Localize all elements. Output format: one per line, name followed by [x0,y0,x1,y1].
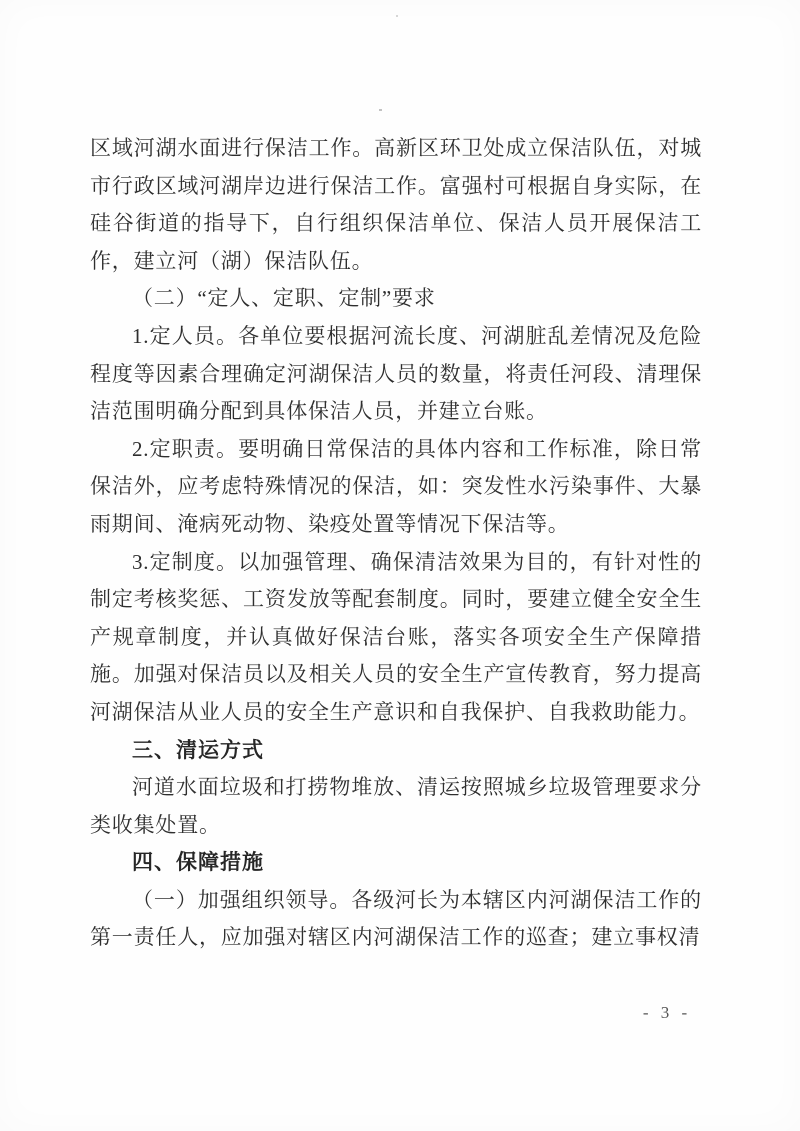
section-heading-qingyun-fangshi: 三、清运方式 [90,732,702,770]
paragraph-jiaqiang-zuzhi-lingdao: （一）加强组织领导。各级河长为本辖区内河湖保洁工作的第一责任人，应加强对辖区内河… [90,882,702,957]
section-heading-baozhang-cuoshi: 四、保障措施 [90,844,702,882]
scan-artifact-speck [396,15,398,17]
paragraph-continuation: 区域河湖水面进行保洁工作。高新区环卫处成立保洁队伍，对城市行政区域河湖岸边进行保… [90,130,702,280]
paragraph-qingyun-body: 河道水面垃圾和打捞物堆放、清运按照城乡垃圾管理要求分类收集处置。 [90,769,702,844]
scan-artifact-streak [0,175,4,385]
paragraph-ding-zhize: 2.定职责。要明确日常保洁的具体内容和工作标准，除日常保洁外，应考虑特殊情况的保… [90,431,702,544]
paragraph-ding-renyuan: 1.定人员。各单位要根据河流长度、河湖脏乱差情况及危险程度等因素合理确定河湖保洁… [90,318,702,431]
page-number: - 3 - [622,1003,712,1023]
scan-artifact-speck [379,109,382,111]
subheading-ding-requirements: （二）“定人、定职、定制”要求 [90,280,702,318]
document-page: 区域河湖水面进行保洁工作。高新区环卫处成立保洁队伍，对城市行政区域河湖岸边进行保… [0,0,800,1131]
paragraph-ding-zhidu: 3.定制度。以加强管理、确保清洁效果为目的，有针对性的制定考核奖惩、工资发放等配… [90,544,702,732]
document-body: 区域河湖水面进行保洁工作。高新区环卫处成立保洁队伍，对城市行政区域河湖岸边进行保… [90,130,702,957]
